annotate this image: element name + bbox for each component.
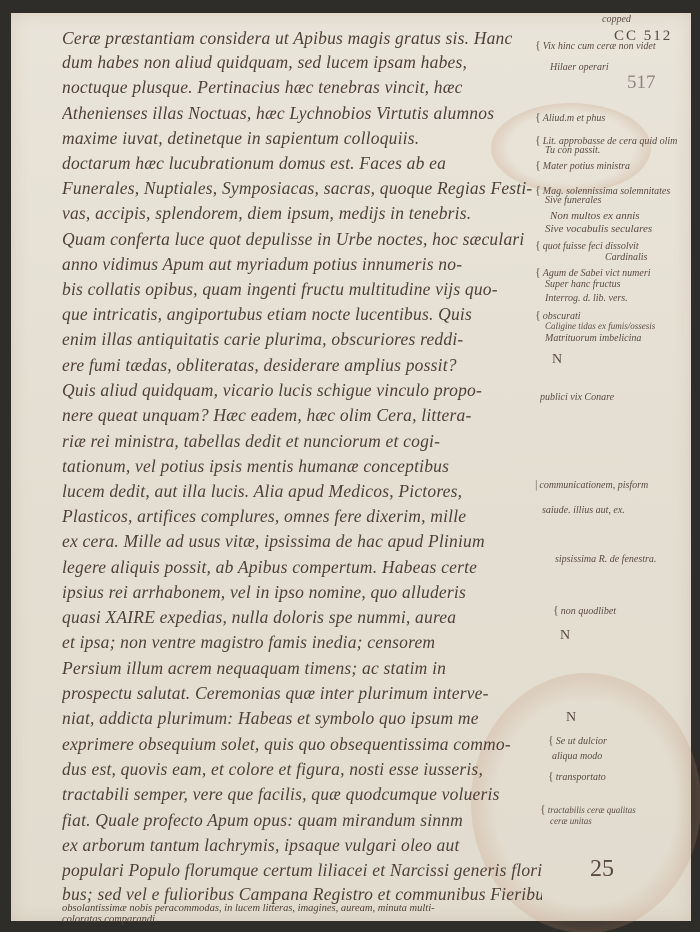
text-line: ipsius rei arrhabonem, vel in ipso nomin… (62, 582, 542, 603)
folio-number-pencil: 517 (627, 72, 656, 94)
text-line: niat, addicta plurimum: Habeas et symbol… (62, 708, 542, 729)
margin-note-text: ceræ unitas (550, 816, 592, 826)
text-line: et ipsa; non ventre magistro famis inedi… (62, 632, 542, 653)
margin-note-text: Aliud.m et phus (543, 113, 606, 124)
text-line: populari Populo florumque certum liliace… (62, 860, 542, 881)
margin-note-text: Non multos ex annis (550, 210, 640, 222)
text-line: Athenienses illas Noctuas, hæc Lychnobio… (62, 103, 542, 124)
brace-icon: { (548, 769, 554, 783)
margin-note-text: Interrog. d. lib. vers. (545, 293, 628, 304)
text-line: nere queat unquam? Hæc eadem, hæc olim C… (62, 405, 542, 426)
margin-note-text: Super hanc fructus (545, 279, 621, 290)
text-line: ex arborum tantum lachrymis, ipsaque vul… (62, 835, 542, 856)
text-line: Quam conferta luce quot depulisse in Urb… (62, 229, 542, 250)
brace-icon: { (535, 158, 541, 172)
margin-note-text: Hilaer operari (550, 62, 609, 73)
n-mark: N (566, 710, 576, 725)
footer-text-line: obsolantissimæ nobis peracommodas, in lu… (62, 903, 542, 914)
text-line: bis collatis opibus, quam ingenti fructu… (62, 279, 542, 300)
text-line: ere fumi tædas, obliteratas, desiderare … (62, 355, 542, 376)
text-line: maxime iuvat, detinetque in sapientum co… (62, 128, 542, 149)
margin-note-text: Cardinalis (605, 252, 647, 263)
margin-note-text: Vix hinc cum ceræ non videt (543, 41, 656, 52)
brace-icon: { (540, 802, 546, 816)
margin-note-text: non quodlibet (561, 606, 616, 617)
brace-icon: { (535, 133, 541, 147)
brace-icon: { (553, 603, 559, 617)
brace-icon: { (548, 733, 554, 747)
margin-note-text: Sive vocabulis seculares (545, 223, 652, 235)
text-line: Ceræ præstantiam considera ut Apibus mag… (62, 28, 542, 49)
brace-icon: { (535, 183, 541, 197)
n-mark: N (560, 628, 570, 643)
margin-note-text: Se ut dulcior (556, 736, 607, 747)
brace-icon: { (535, 110, 541, 124)
text-line: Persium illum acrem nequaquam timens; ac… (62, 658, 542, 679)
text-line: dus est, quovis eam, et colore et figura… (62, 759, 542, 780)
text-line: Quis aliud quidquam, vicario lucis schig… (62, 380, 542, 401)
top-note: copped (602, 14, 631, 25)
text-line: riæ rei ministra, tabellas dedit et nunc… (62, 431, 542, 452)
text-line: ex cera. Mille ad usus vitæ, ipsissima d… (62, 531, 542, 552)
margin-note-text: aliqua modo (552, 751, 602, 762)
text-line: Plasticos, artifices complures, omnes fe… (62, 506, 542, 527)
margin-note-text: sipsissima R. de fenestra. (555, 554, 656, 565)
text-line: prospectu salutat. Ceremonias quæ inter … (62, 683, 542, 704)
text-line: doctarum hæc lucubrationum domus est. Fa… (62, 153, 542, 174)
n-mark: N (552, 352, 562, 367)
brace-icon: { (535, 308, 541, 322)
page-number: 25 (590, 856, 614, 883)
text-line: quasi XAIRE expedias, nulla doloris spe … (62, 607, 542, 628)
margin-note-text: communicationem, pisform (539, 480, 648, 491)
text-line: tractabili semper, vere que facilis, quæ… (62, 784, 542, 805)
margin-note-text: tractabilis ceræ qualitas (548, 805, 636, 815)
text-line: Funerales, Nuptiales, Symposiacas, sacra… (62, 178, 542, 199)
brace-icon: { (535, 38, 541, 52)
text-line: dum habes non aliud quidquam, sed lucem … (62, 52, 542, 73)
text-line: tationum, vel potius ipsis mentis humanæ… (62, 456, 542, 477)
margin-note-text: Mater potius ministra (543, 161, 630, 172)
margin-note-text: Matrituorum imbelicina (545, 333, 641, 344)
text-line: vas, accipis, splendorem, diem ipsum, me… (62, 203, 542, 224)
margin-note-text: publici vix Conare (540, 392, 614, 403)
text-line: que intricatis, angiportubus etiam nocte… (62, 304, 542, 325)
margin-note-text: quot fuisse feci dissolvit (543, 241, 639, 252)
text-line: lucem dedit, aut illa lucis. Alia apud M… (62, 481, 542, 502)
text-line: fiat. Quale profecto Apum opus: quam mir… (62, 810, 542, 831)
text-line: bus; sed vel e fulioribus Campana Regist… (62, 884, 542, 905)
text-line: noctuque plusque. Pertinacius hæc tenebr… (62, 77, 542, 98)
brace-icon: { (535, 265, 541, 279)
text-line: legere aliquis possit, ab Apibus compert… (62, 557, 542, 578)
text-line: enim illas antiquitatis carie plurima, o… (62, 329, 542, 350)
margin-note-text: Caligine tidas ex fumis/ossesis (545, 321, 655, 331)
footer-text-line: coloratas comparandi. (62, 914, 542, 925)
margin-note-text: transportato (556, 772, 606, 783)
margin-note-text: Sive funerales (545, 195, 601, 206)
margin-note-text: Agum de Sabei vict numeri (543, 268, 651, 279)
text-line: exprimere obsequium solet, quis quo obse… (62, 734, 542, 755)
margin-note-text: Tu con passit. (545, 145, 600, 156)
brace-icon: { (535, 238, 541, 252)
text-line: anno vidimus Apum aut myriadum potius in… (62, 254, 542, 275)
brace-icon: | (535, 477, 537, 491)
margin-note-text: saiude. illius aut, ex. (542, 505, 625, 516)
